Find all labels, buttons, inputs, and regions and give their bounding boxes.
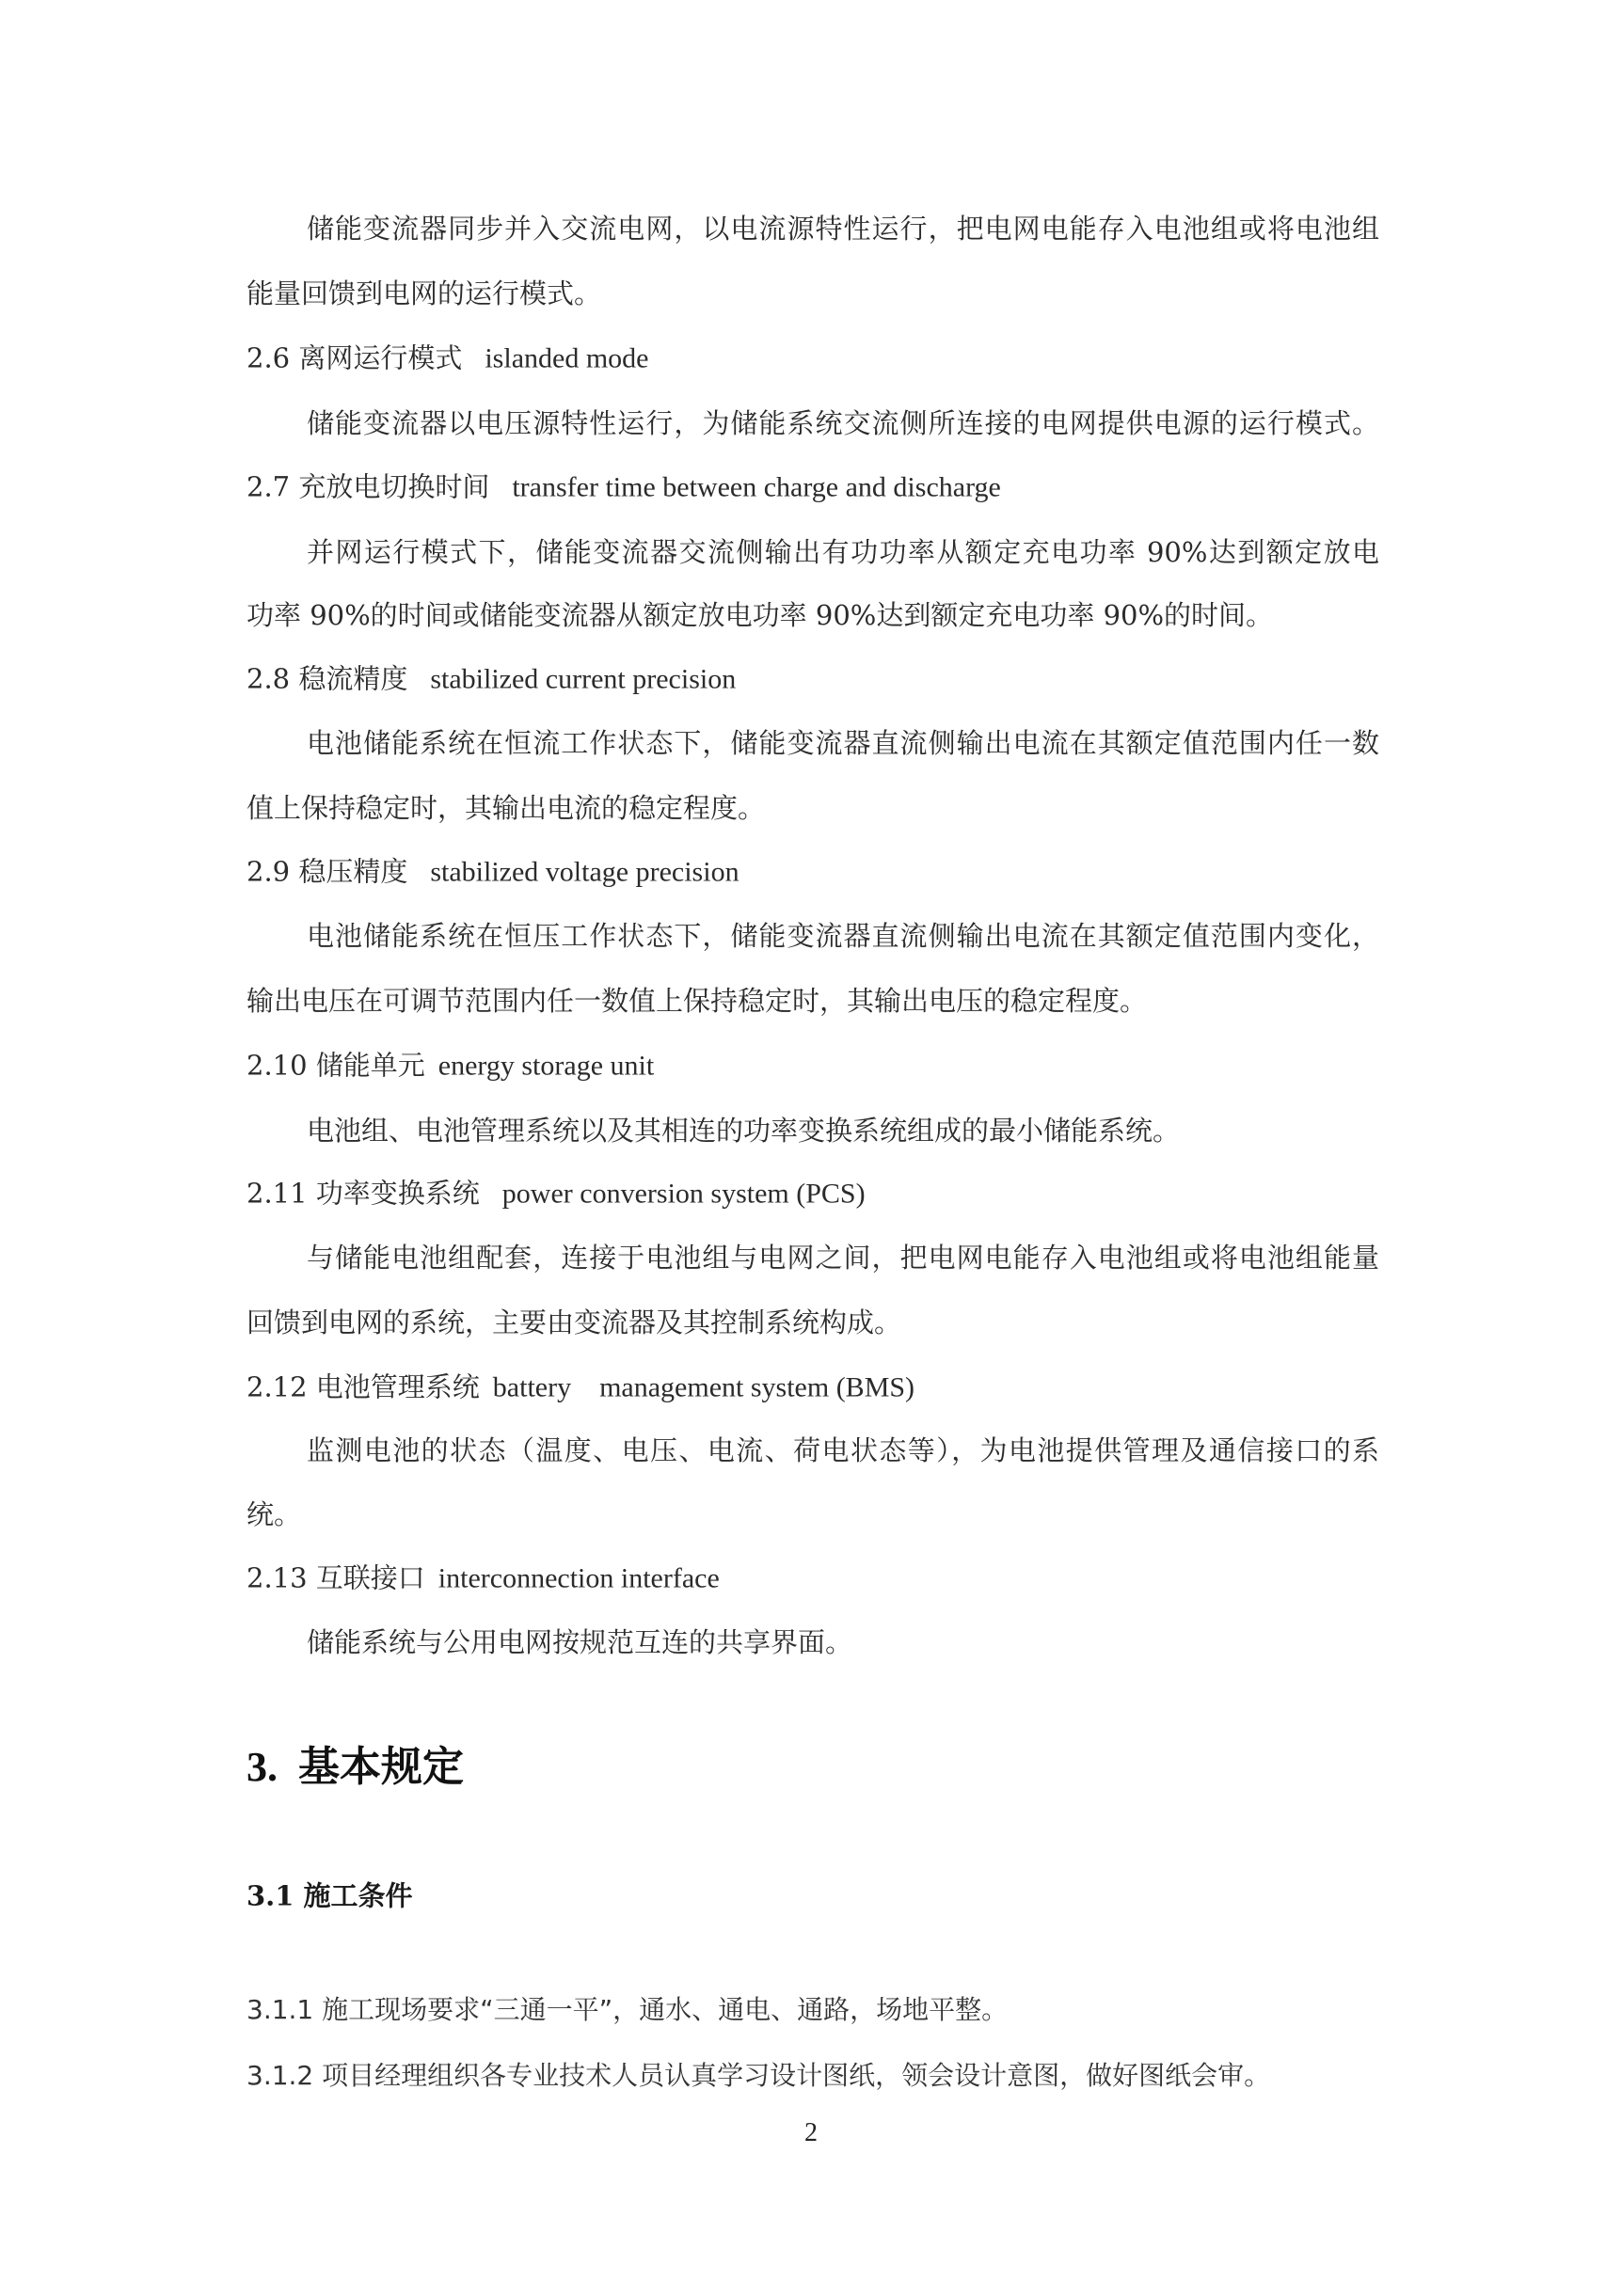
paragraph-interconnection-interface: 储能系统与公用电网按规范互连的共享界面。 (307, 1623, 1379, 1661)
term-english: battery management system (BMS) (493, 1372, 914, 1403)
term-heading-2-11: 2.11 功率变换系统power conversion system (PCS) (246, 1175, 1380, 1213)
term-english: interconnection interface (438, 1563, 720, 1594)
paragraph-transfer-time-line2: 功率 90%的时间或储能变流器从额定放电功率 90%达到额定充电功率 90%的时… (246, 596, 1380, 634)
term-number-title: 2.13 互联接口 (246, 1562, 425, 1594)
paragraph-grid-connected-mode-line2: 能量回馈到电网的运行模式。 (246, 275, 1380, 312)
subsection-heading: 3.1 施工条件 (246, 1876, 413, 1914)
section-heading: 3.基本规定 (246, 1733, 464, 1793)
term-english: power conversion system (PCS) (502, 1179, 866, 1210)
paragraph-voltage-precision-line1: 电池储能系统在恒压工作状态下，储能变流器直流侧输出电流在其额定值范围内变化， (307, 917, 1379, 955)
term-heading-2-10: 2.10 储能单元energy storage unit (246, 1047, 1380, 1085)
clause-3-1-1: 3.1.1 施工现场要求“三通一平”，通水、通电、通路，场地平整。 (246, 1991, 1380, 2029)
paragraph-bms-line2: 统。 (246, 1496, 1380, 1533)
page-number: 2 (0, 2118, 1622, 2148)
term-heading-2-6: 2.6 离网运行模式islanded mode (246, 340, 1380, 378)
term-english: stabilized current precision (430, 664, 736, 695)
paragraph-transfer-time-line1: 并网运行模式下，储能变流器交流侧输出有功功率从额定充电功率 90%达到额定放电 (307, 533, 1379, 571)
term-english: stabilized voltage precision (430, 857, 739, 888)
paragraph-pcs-line2: 回馈到电网的系统，主要由变流器及其控制系统构成。 (246, 1304, 1380, 1341)
term-number-title: 2.12 电池管理系统 (246, 1371, 480, 1403)
paragraph-current-precision-line1: 电池储能系统在恒流工作状态下，储能变流器直流侧输出电流在其额定值范围内任一数 (307, 724, 1379, 762)
term-english: islanded mode (485, 343, 648, 374)
term-heading-2-13: 2.13 互联接口interconnection interface (246, 1560, 1380, 1598)
term-number-title: 2.9 稳压精度 (246, 856, 407, 888)
paragraph-current-precision-line2: 值上保持稳定时，其输出电流的稳定程度。 (246, 789, 1380, 827)
paragraph-grid-connected-mode-line1: 储能变流器同步并入交流电网，以电流源特性运行，把电网电能存入电池组或将电池组 (307, 210, 1379, 247)
term-number-title: 2.6 离网运行模式 (246, 342, 462, 374)
paragraph-voltage-precision-line2: 输出电压在可调节范围内任一数值上保持稳定时，其输出电压的稳定程度。 (246, 982, 1380, 1020)
term-number-title: 2.10 储能单元 (246, 1050, 425, 1082)
section-title: 基本规定 (298, 1743, 464, 1791)
term-number-title: 2.7 充放电切换时间 (246, 471, 489, 503)
term-number-title: 2.11 功率变换系统 (246, 1178, 480, 1210)
term-heading-2-12: 2.12 电池管理系统battery management system (BM… (246, 1369, 1380, 1407)
document-page: 储能变流器同步并入交流电网，以电流源特性运行，把电网电能存入电池组或将电池组 能… (0, 0, 1622, 2296)
clause-3-1-2: 3.1.2 项目经理组织各专业技术人员认真学习设计图纸，领会设计意图，做好图纸会… (246, 2057, 1380, 2095)
paragraph-islanded-mode: 储能变流器以电压源特性运行，为储能系统交流侧所连接的电网提供电源的运行模式。 (307, 404, 1379, 442)
section-number: 3. (246, 1744, 278, 1790)
paragraph-bms-line1: 监测电池的状态（温度、电压、电流、荷电状态等），为电池提供管理及通信接口的系 (307, 1432, 1379, 1469)
paragraph-pcs-line1: 与储能电池组配套，连接于电池组与电网之间，把电网电能存入电池组或将电池组能量 (307, 1239, 1379, 1276)
term-heading-2-9: 2.9 稳压精度stabilized voltage precision (246, 853, 1380, 892)
term-english: transfer time between charge and dischar… (512, 472, 1001, 503)
paragraph-energy-storage-unit: 电池组、电池管理系统以及其相连的功率变换系统组成的最小储能系统。 (307, 1112, 1379, 1149)
term-number-title: 2.8 稳流精度 (246, 663, 407, 695)
term-english: energy storage unit (438, 1051, 654, 1082)
term-heading-2-7: 2.7 充放电切换时间transfer time between charge … (246, 468, 1380, 507)
term-heading-2-8: 2.8 稳流精度stabilized current precision (246, 660, 1380, 699)
